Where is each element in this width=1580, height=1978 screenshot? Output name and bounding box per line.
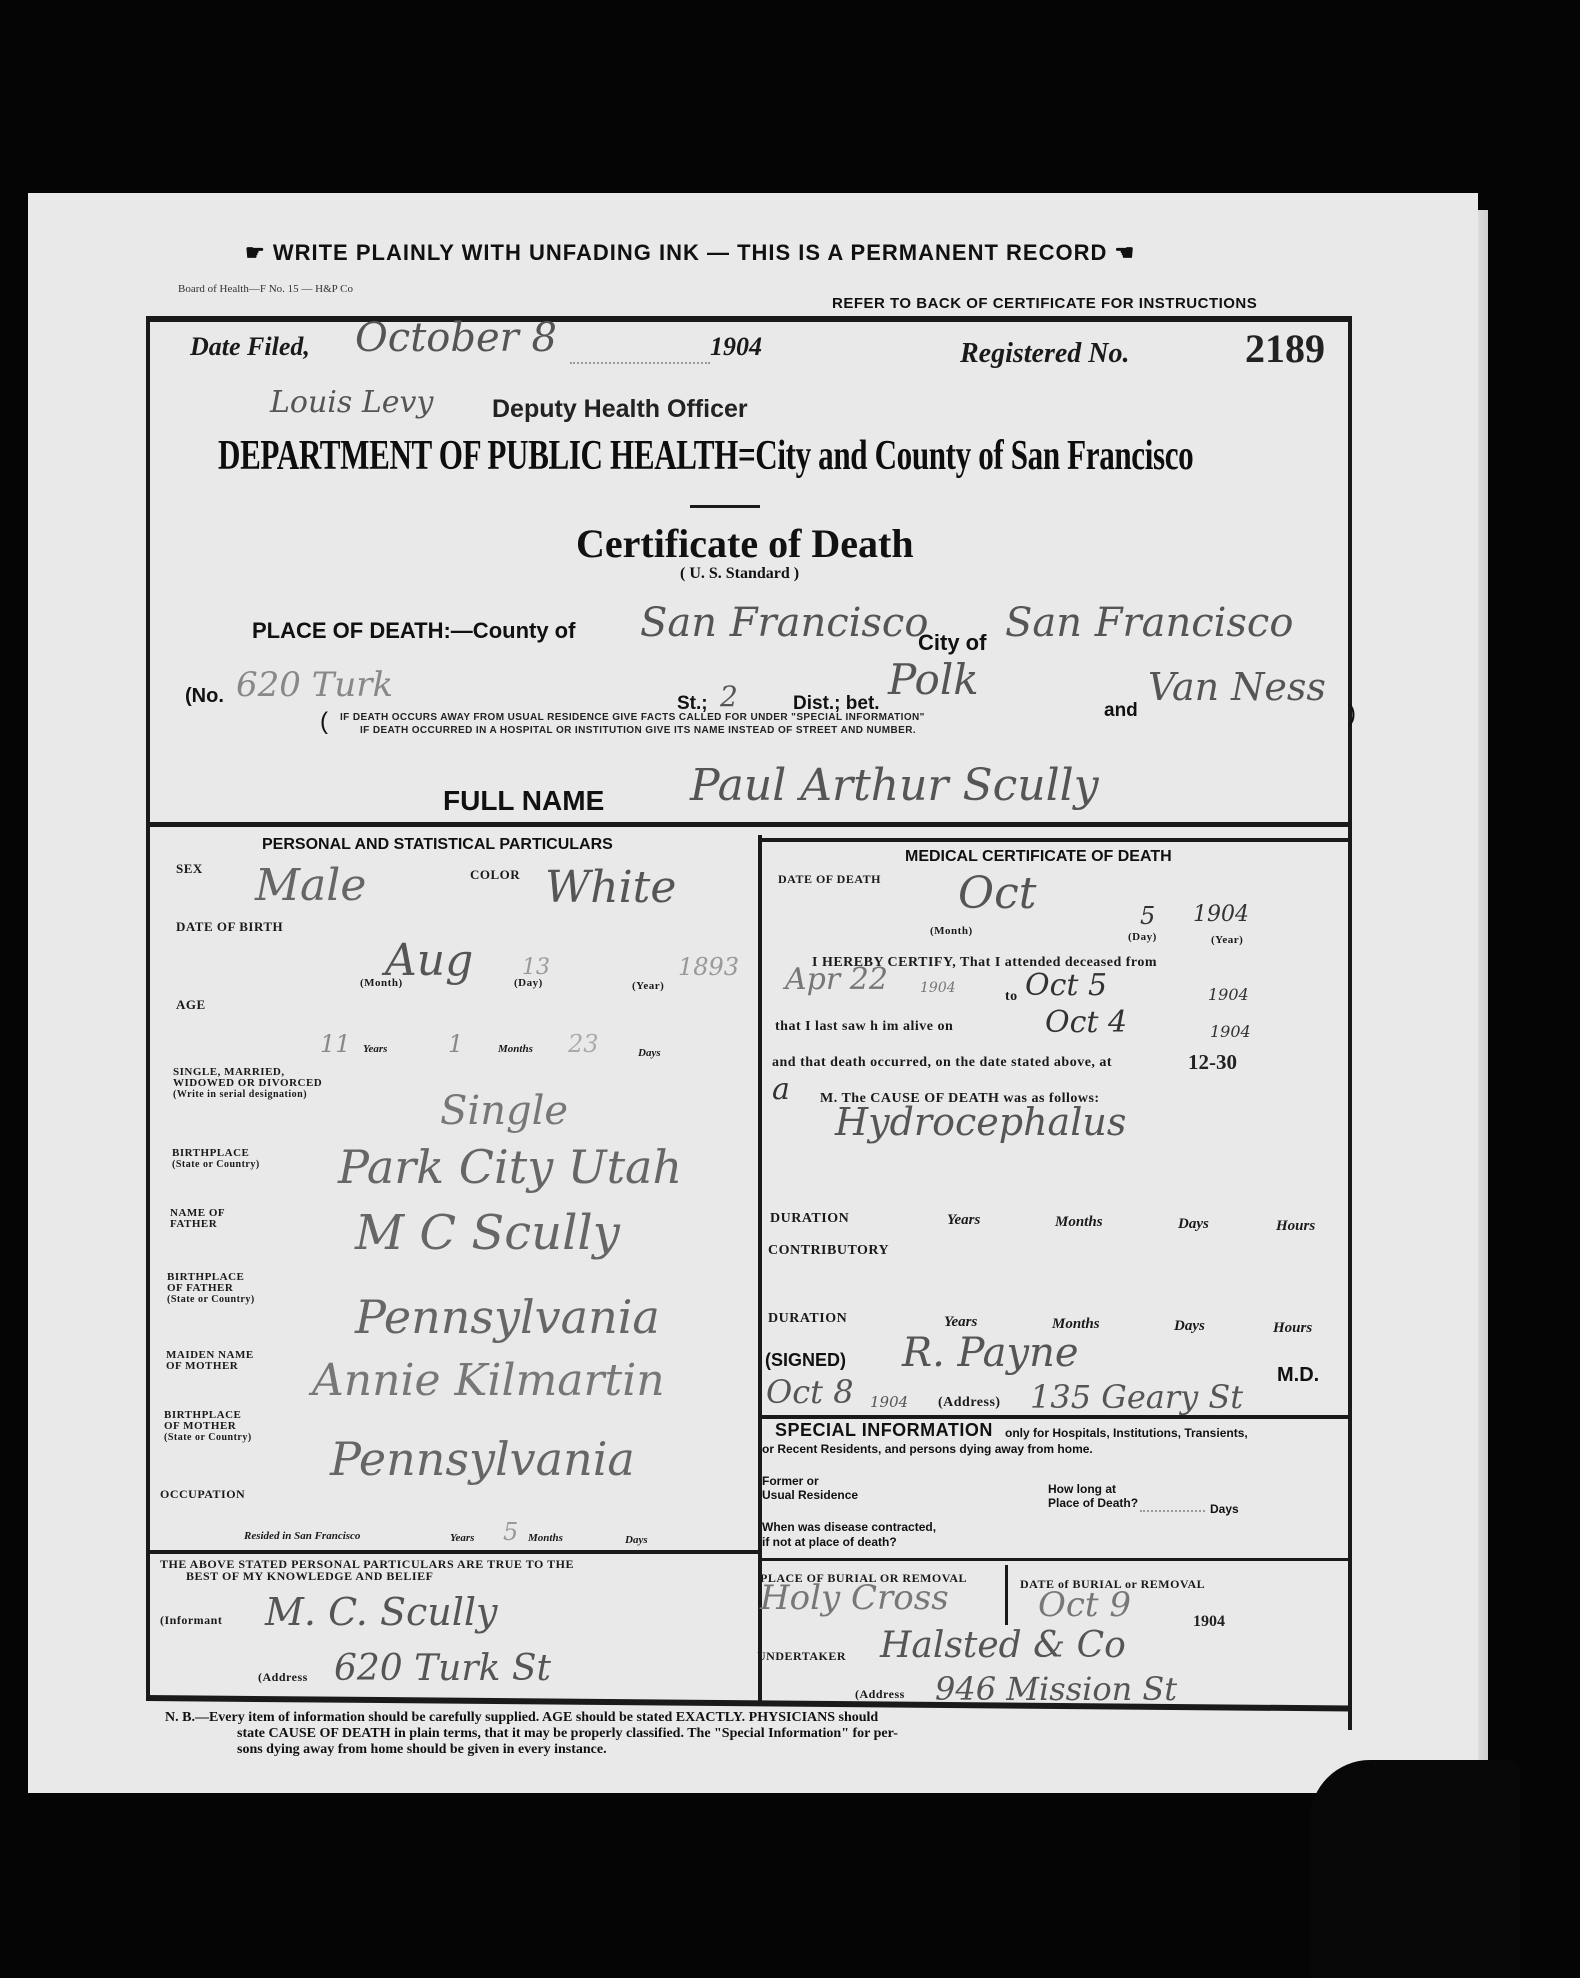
how-long-blank — [1140, 1510, 1205, 1512]
how-long-label: How long at Place of Death? — [1048, 1482, 1138, 1510]
contributory-label: CONTRIBUTORY — [768, 1244, 889, 1257]
contracted-label: When was disease contracted, if not at p… — [762, 1520, 936, 1550]
to-label: to — [1005, 990, 1018, 1003]
contracted-line2: if not at place of death? — [762, 1535, 936, 1550]
special-top-rule — [762, 1415, 1350, 1419]
duration-years-2: Years — [944, 1314, 977, 1331]
age-days-caption: Days — [638, 1047, 661, 1059]
duration-days-2: Days — [1174, 1318, 1205, 1335]
date-filed-value: October 8 — [355, 315, 557, 361]
signed-label: (SIGNED) — [765, 1350, 846, 1371]
attended-to-year: 1904 — [1208, 985, 1249, 1004]
signed-date: Oct 8 — [766, 1373, 854, 1411]
dod-year: 1904 — [1193, 902, 1249, 927]
medical-heading: MEDICAL CERTIFICATE OF DEATH — [905, 848, 1172, 866]
father-birthplace-label-line3: (State or Country) — [167, 1294, 255, 1305]
pointing-hand-icon: ☚ — [1107, 240, 1135, 265]
informant-statement-line2: BEST OF MY KNOWLEDGE AND BELIEF — [160, 1570, 574, 1582]
father-label: NAME OF FATHER — [170, 1208, 225, 1230]
color-label: COLOR — [470, 868, 520, 881]
physician-address-label: (Address) — [938, 1396, 1001, 1409]
between-street-1: Polk — [888, 655, 979, 704]
mother-birthplace-label-line3: (State or Country) — [164, 1432, 252, 1443]
dod-month: Oct — [958, 868, 1036, 919]
dod-day-caption: (Day) — [1128, 931, 1157, 944]
footnote-line2: state CAUSE OF DEATH in plain terms, tha… — [165, 1726, 898, 1742]
filing-blank-line — [570, 362, 710, 364]
frame-top — [146, 316, 1352, 322]
father-birthplace-label-line2: OF FATHER — [167, 1283, 255, 1294]
burial-year: 1904 — [1193, 1613, 1225, 1631]
duration-label-1: DURATION — [770, 1212, 849, 1225]
dod-month-caption: (Month) — [930, 925, 973, 938]
certificate-title: Certificate of Death — [576, 520, 914, 567]
frame-right — [1348, 316, 1352, 1730]
age-months-caption: Months — [498, 1043, 533, 1055]
ward-value: 2 — [720, 680, 738, 713]
last-saw-date: Oct 4 — [1045, 1005, 1127, 1040]
duration-days-1: Days — [1178, 1216, 1209, 1233]
residence-note-1: IF DEATH OCCURS AWAY FROM USUAL RESIDENC… — [340, 712, 925, 723]
personal-heading: PERSONAL AND STATISTICAL PARTICULARS — [262, 836, 613, 854]
birthplace-value: Park City Utah — [338, 1140, 682, 1194]
md-label: M.D. — [1277, 1364, 1319, 1387]
pointing-hand-icon: ☛ — [245, 240, 273, 265]
days-label: Days — [1210, 1502, 1239, 1516]
marital-value: Single — [440, 1088, 568, 1134]
mother-birthplace-label-line2: OF MOTHER — [164, 1421, 252, 1432]
dob-month-caption: (Month) — [360, 977, 403, 990]
former-residence-label: Former or Usual Residence — [762, 1474, 858, 1502]
duration-months-1: Months — [1055, 1214, 1103, 1231]
dob-year-caption: (Year) — [632, 980, 664, 993]
sex-value: Male — [255, 860, 366, 911]
between-street-2: Van Ness — [1148, 665, 1326, 709]
father-label-line2: FATHER — [170, 1219, 225, 1230]
age-years-caption: Years — [363, 1043, 387, 1055]
birthplace-label: BIRTHPLACE (State or Country) — [172, 1148, 260, 1170]
color-value: White — [545, 862, 676, 913]
attended-from-year: 1904 — [920, 980, 956, 996]
duration-years-1: Years — [947, 1212, 980, 1229]
title-rule — [690, 505, 760, 508]
footnote-line3: sons dying away from home should be give… — [165, 1742, 898, 1758]
informant-statement: THE ABOVE STATED PERSONAL PARTICULARS AR… — [160, 1558, 574, 1582]
time-of-death: 12-30 — [1188, 1050, 1237, 1075]
former-residence-line2: Usual Residence — [762, 1488, 858, 1502]
mother-label: MAIDEN NAME OF MOTHER — [166, 1350, 254, 1372]
father-birthplace-value: Pennsylvania — [355, 1290, 660, 1344]
street-no-label: (No. — [185, 685, 224, 708]
occupation-label: OCCUPATION — [160, 1488, 245, 1501]
registered-number: 2189 — [1245, 325, 1325, 372]
special-heading: SPECIAL INFORMATION — [775, 1420, 993, 1441]
attended-to: Oct 5 — [1025, 968, 1107, 1003]
and-label: and — [1104, 700, 1138, 722]
us-standard: ( U. S. Standard ) — [680, 565, 799, 583]
informant-label: (Informant — [160, 1614, 222, 1627]
open-paren: ( — [320, 708, 328, 736]
marital-label: SINGLE, MARRIED, WIDOWED OR DIVORCED (Wr… — [173, 1067, 322, 1100]
last-saw-text: that I last saw h im alive on — [775, 1020, 953, 1033]
burial-date: Oct 9 — [1038, 1585, 1131, 1625]
informant-address-label: (Address — [258, 1671, 308, 1684]
dod-label: DATE OF DEATH — [778, 873, 881, 886]
dod-day: 5 — [1140, 902, 1155, 930]
resided-months-caption: Months — [528, 1532, 563, 1544]
burial-divider — [1005, 1565, 1008, 1625]
medical-top-rule — [762, 838, 1350, 842]
physician-signature: R. Payne — [902, 1330, 1079, 1376]
age-days: 23 — [568, 1030, 599, 1058]
full-name-value: Paul Arthur Scully — [690, 760, 1099, 811]
footnote: N. B.—Every item of information should b… — [165, 1710, 898, 1758]
footnote-line1: N. B.—Every item of information should b… — [165, 1710, 898, 1726]
mother-value: Annie Kilmartin — [312, 1355, 665, 1406]
last-saw-year: 1904 — [1210, 1022, 1251, 1041]
undertaker-label: UNDERTAKER — [757, 1650, 846, 1663]
how-long-line2: Place of Death? — [1048, 1496, 1138, 1510]
attended-from: Apr 22 — [785, 962, 888, 997]
county-value: San Francisco — [640, 600, 928, 646]
officer-signature: Louis Levy — [270, 385, 433, 420]
resided-months: 5 — [503, 1518, 518, 1546]
marital-label-line2: WIDOWED OR DIVORCED — [173, 1078, 322, 1089]
section-divider — [150, 822, 1350, 827]
dob-label: DATE OF BIRTH — [176, 920, 283, 933]
street-no-value: 620 Turk — [236, 665, 393, 705]
refer-instructions: REFER TO BACK OF CERTIFICATE FOR INSTRUC… — [832, 295, 1257, 312]
mother-birthplace-label: BIRTHPLACE OF MOTHER (State or Country) — [164, 1410, 252, 1443]
contracted-line1: When was disease contracted, — [762, 1520, 936, 1535]
resided-years-caption: Years — [450, 1532, 474, 1544]
age-years: 11 — [320, 1030, 351, 1058]
form-id: Board of Health—F No. 15 — H&P Co — [178, 283, 353, 295]
resided-days-caption: Days — [625, 1534, 648, 1546]
am-pm: a — [772, 1072, 790, 1107]
burial-top-rule — [762, 1558, 1350, 1561]
dod-year-caption: (Year) — [1211, 934, 1243, 947]
warning-text: WRITE PLAINLY WITH UNFADING INK — THIS I… — [273, 240, 1108, 265]
cause-of-death: Hydrocephalus — [835, 1100, 1126, 1144]
informant-name: M. C. Scully — [265, 1590, 498, 1634]
officer-title: Deputy Health Officer — [492, 395, 748, 424]
former-residence-line1: Former or — [762, 1474, 858, 1488]
dob-year: 1893 — [678, 953, 739, 981]
registered-label: Registered No. — [960, 338, 1130, 370]
physician-address: 135 Geary St — [1030, 1378, 1243, 1416]
residence-note-2: IF DEATH OCCURRED IN A HOSPITAL OR INSTI… — [360, 725, 916, 736]
father-birthplace-label: BIRTHPLACE OF FATHER (State or Country) — [167, 1272, 255, 1305]
frame-left — [146, 316, 150, 1700]
birthplace-label-line1: BIRTHPLACE — [172, 1148, 260, 1159]
undertaker-name: Halsted & Co — [880, 1625, 1126, 1666]
occurred-text: and that death occurred, on the date sta… — [772, 1056, 1112, 1069]
duration-label-2: DURATION — [768, 1312, 847, 1325]
full-name-label: FULL NAME — [443, 785, 604, 817]
duration-hours-2: Hours — [1273, 1320, 1312, 1337]
city-label: City of — [918, 630, 986, 656]
resided-label: Resided in San Francisco — [244, 1530, 360, 1542]
marital-label-line3: (Write in serial designation) — [173, 1089, 322, 1100]
age-months: 1 — [448, 1030, 463, 1058]
mother-birthplace-value: Pennsylvania — [330, 1432, 635, 1486]
how-long-line1: How long at — [1048, 1482, 1138, 1496]
close-paren: ) — [1348, 700, 1356, 728]
special-note-1: only for Hospitals, Institutions, Transi… — [1005, 1426, 1248, 1440]
sex-label: SEX — [176, 862, 203, 875]
city-value: San Francisco — [1005, 600, 1293, 646]
burial-place: Holy Cross — [760, 1578, 949, 1618]
dob-day-caption: (Day) — [514, 977, 543, 990]
scan-shadow — [1310, 1760, 1520, 1978]
mother-label-line2: OF MOTHER — [166, 1361, 254, 1372]
special-note-2: or Recent Residents, and persons dying a… — [762, 1442, 1093, 1456]
department-title: DEPARTMENT OF PUBLIC HEALTH=City and Cou… — [218, 432, 1193, 480]
signed-year: 1904 — [870, 1393, 908, 1411]
informant-divider — [150, 1550, 758, 1554]
birthplace-label-line2: (State or Country) — [172, 1159, 260, 1170]
informant-address: 620 Turk St — [334, 1648, 551, 1689]
place-of-death-label: PLACE OF DEATH:—County of — [252, 618, 575, 644]
duration-hours-1: Hours — [1276, 1218, 1315, 1235]
filing-year: 1904 — [710, 332, 762, 362]
father-value: M C Scully — [355, 1205, 620, 1261]
age-label: AGE — [176, 998, 206, 1011]
date-filed-label: Date Filed, — [190, 332, 310, 362]
warning-banner: ☛ WRITE PLAINLY WITH UNFADING INK — THIS… — [245, 240, 1135, 266]
undertaker-address-label: (Address — [855, 1688, 905, 1701]
